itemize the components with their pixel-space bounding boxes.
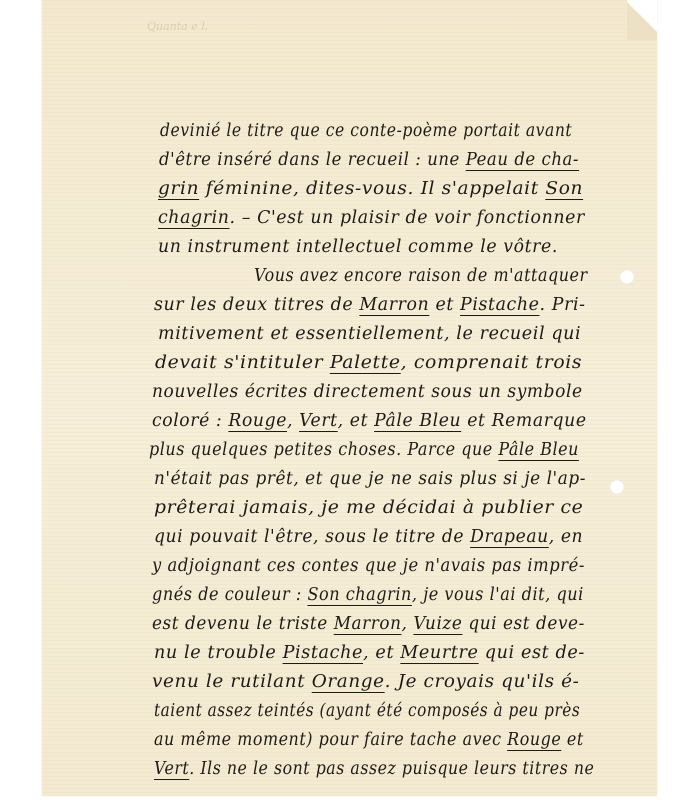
punch-hole-icon: [610, 480, 624, 494]
handwritten-line: chagrin. – C'est un plaisir de voir fonc…: [158, 208, 585, 228]
line-text: , je vous l'ai dit, qui: [412, 585, 584, 605]
line-text: y adjoignant ces contes que je n'avais p…: [152, 556, 585, 576]
handwritten-line: d'être inséré dans le recueil : une Peau…: [159, 150, 579, 170]
underlined-title: Vert: [299, 411, 338, 431]
letter-page: Quanta e l. devinié le titre que ce cont…: [42, 0, 657, 796]
handwritten-line: devinié le titre que ce conte-poème port…: [160, 121, 572, 141]
punch-hole-icon: [620, 270, 634, 284]
line-text: ,: [402, 614, 414, 634]
underlined-title: chagrin: [158, 208, 229, 228]
line-text: venu le rutilant: [152, 672, 312, 692]
underlined-title: Son: [545, 179, 583, 199]
line-text: qui est de-: [479, 643, 585, 663]
handwritten-line: Vous avez encore raison de m'attaquer: [254, 266, 588, 286]
handwritten-line: y adjoignant ces contes que je n'avais p…: [152, 556, 585, 576]
line-text: au même moment) pour faire tache avec: [154, 730, 507, 750]
line-text: d'être inséré dans le recueil : une: [159, 150, 466, 170]
underlined-title: Son chagrin: [307, 585, 411, 605]
underlined-title: Peau de cha-: [466, 150, 579, 170]
underlined-title: Vert: [154, 759, 189, 779]
line-text: prêterai jamais, je me décidai à publier…: [154, 498, 583, 518]
handwritten-line: mitivement et essentiellement, le recuei…: [158, 324, 581, 344]
underlined-title: Palette: [330, 353, 401, 373]
handwritten-line: coloré : Rouge, Vert, et Pâle Bleu et Re…: [152, 411, 587, 431]
line-text: et Remarque: [461, 411, 586, 431]
line-text: . Pri-: [540, 295, 586, 315]
underlined-title: Rouge: [507, 730, 561, 750]
handwritten-line: venu le rutilant Orange. Je croyais qu'i…: [152, 672, 580, 692]
line-text: gnés de couleur :: [152, 585, 307, 605]
underlined-title: Meurtre: [400, 643, 478, 663]
underlined-title: Marron: [359, 295, 429, 315]
line-text: coloré :: [152, 411, 228, 431]
handwritten-line: devait s'intituler Palette, comprenait t…: [155, 353, 582, 373]
line-text: , et: [363, 643, 400, 663]
line-text: taient assez teintés (ayant été composés…: [154, 701, 580, 721]
underlined-title: Marron: [334, 614, 402, 634]
line-text: devinié le titre que ce conte-poème port…: [160, 121, 572, 141]
underlined-title: Pistache: [283, 643, 363, 663]
underlined-title: Drapeau: [470, 527, 549, 547]
line-text: , et: [338, 411, 374, 431]
handwritten-line: nouvelles écrites directement sous un sy…: [152, 382, 583, 402]
line-text: . – C'est un plaisir de voir fonctionner: [229, 208, 584, 228]
line-text: et: [429, 295, 460, 315]
underlined-title: grin: [158, 179, 199, 199]
underlined-title: Pâle Bleu: [498, 440, 579, 460]
line-text: , comprenait trois: [401, 353, 583, 373]
handwritten-line: taient assez teintés (ayant été composés…: [154, 701, 580, 721]
line-text: nu le trouble: [154, 643, 283, 663]
line-text: qui est deve-: [462, 614, 584, 634]
underlined-title: Rouge: [228, 411, 287, 431]
handwritten-line: est devenu le triste Marron, Vuize qui e…: [152, 614, 585, 634]
line-text: sur les deux titres de: [154, 295, 359, 315]
handwritten-line: sur les deux titres de Marron et Pistach…: [154, 295, 586, 315]
handwritten-line: au même moment) pour faire tache avec Ro…: [154, 730, 584, 750]
line-text: n'était pas prêt, et que je ne sais plus…: [154, 469, 586, 489]
handwritten-line: prêterai jamais, je me décidai à publier…: [154, 498, 583, 518]
line-text: . Ils ne le sont pas assez puisque leurs…: [189, 759, 594, 779]
handwritten-line: plus quelques petites choses. Parce que …: [149, 440, 579, 460]
line-text: féminine, dites-vous. Il s'appelait: [199, 179, 545, 199]
folded-corner: [627, 0, 657, 40]
line-text: , en: [549, 527, 583, 547]
line-text: Vous avez encore raison de m'attaquer: [254, 266, 588, 286]
handwritten-line: Vert. Ils ne le sont pas assez puisque l…: [154, 759, 594, 779]
handwritten-line: grin féminine, dites-vous. Il s'appelait…: [158, 179, 583, 199]
line-text: est devenu le triste: [152, 614, 334, 634]
handwritten-line: qui pouvait l'être, sous le titre de Dra…: [154, 527, 583, 547]
underlined-title: Vuize: [413, 614, 462, 634]
line-text: nouvelles écrites directement sous un sy…: [152, 382, 583, 402]
line-text: et: [561, 730, 584, 750]
handwritten-line: nu le trouble Pistache, et Meurtre qui e…: [154, 643, 585, 663]
line-text: un instrument intellectuel comme le vôtr…: [158, 237, 558, 257]
line-text: ,: [287, 411, 299, 431]
line-text: . Je croyais qu'ils é-: [385, 672, 580, 692]
handwritten-line: n'était pas prêt, et que je ne sais plus…: [154, 469, 586, 489]
line-text: mitivement et essentiellement, le recuei…: [158, 324, 581, 344]
line-text: qui pouvait l'être, sous le titre de: [154, 527, 470, 547]
underlined-title: Orange: [312, 672, 385, 692]
line-text: plus quelques petites choses. Parce que: [149, 440, 498, 460]
bleed-through-text: Quanta e l.: [147, 20, 208, 33]
line-text: devait s'intituler: [155, 353, 330, 373]
underlined-title: Pistache: [460, 295, 539, 315]
underlined-title: Pâle Bleu: [374, 411, 461, 431]
handwritten-line: un instrument intellectuel comme le vôtr…: [158, 237, 558, 257]
handwritten-line: gnés de couleur : Son chagrin, je vous l…: [152, 585, 584, 605]
